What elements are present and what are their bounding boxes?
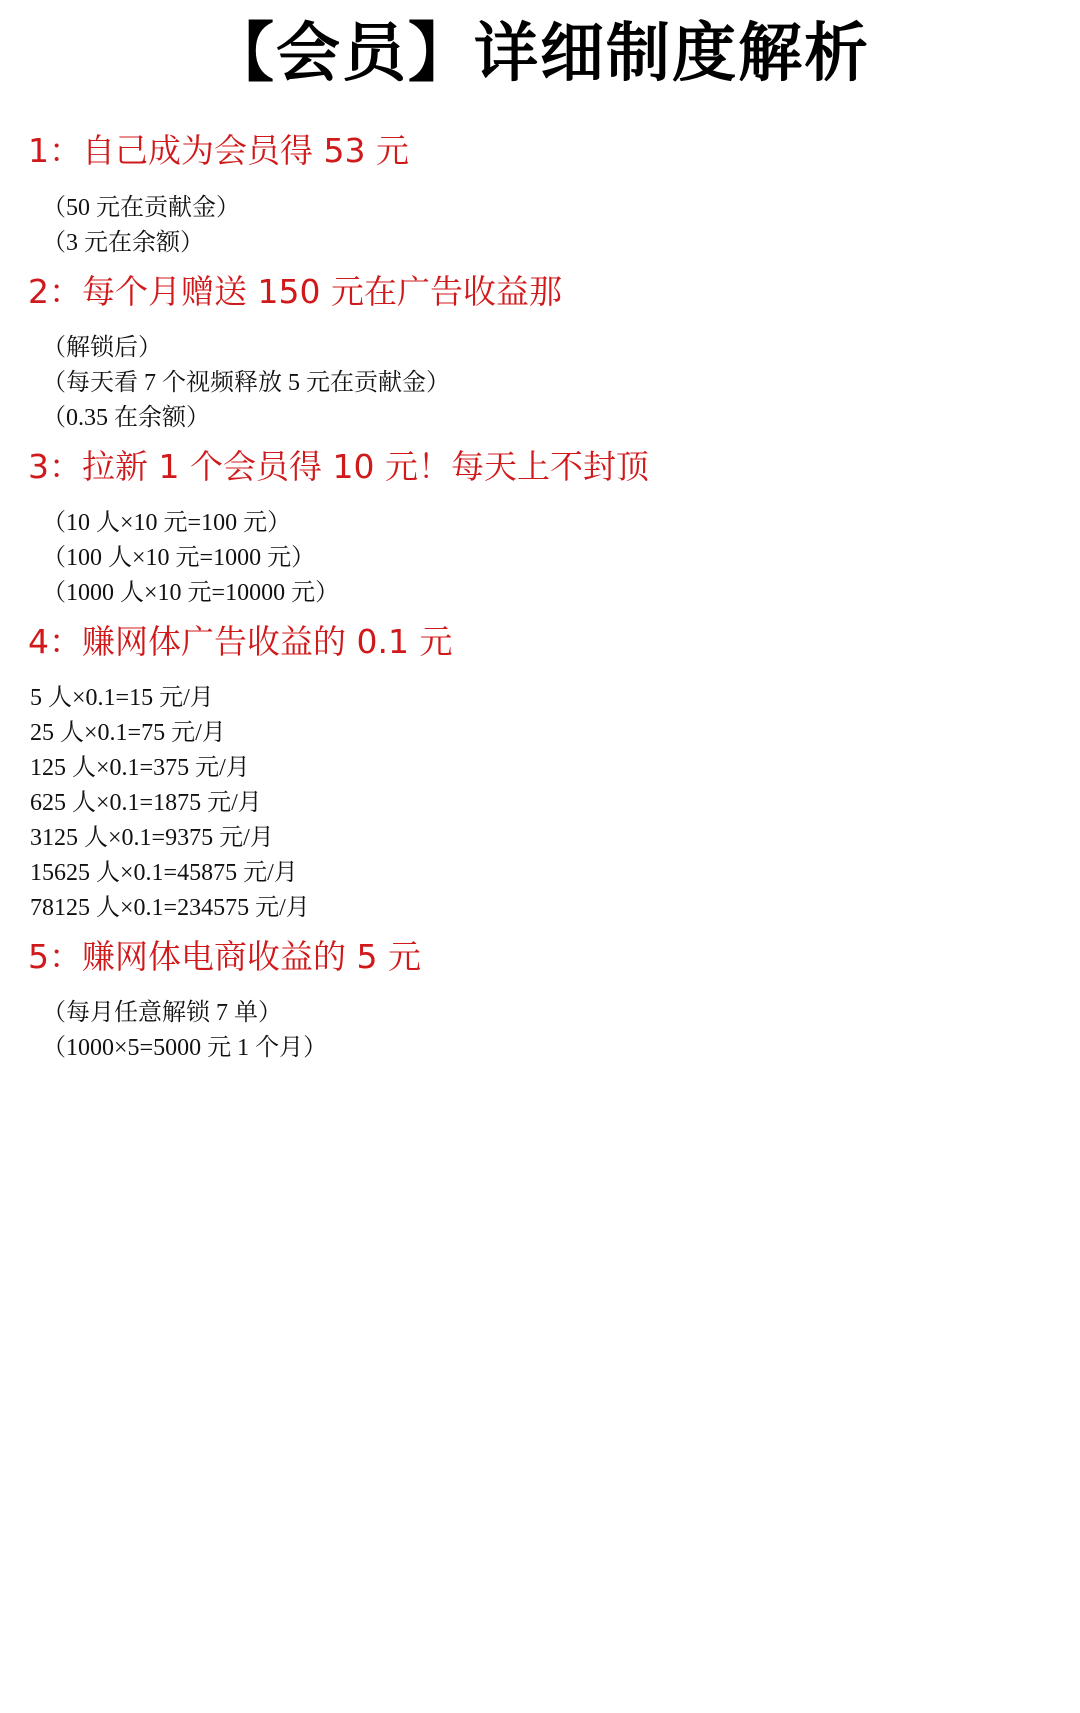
section-line: 5 人×0.1=15 元/月 <box>30 682 214 714</box>
section-line: （10 人×10 元=100 元） <box>42 507 291 539</box>
section-line: 25 人×0.1=75 元/月 <box>30 717 226 749</box>
section-heading: 4：赚网体广告收益的 0.1 元 <box>28 622 452 662</box>
section-heading: 3：拉新 1 个会员得 10 元！每天上不封顶 <box>28 447 649 487</box>
page-title: 【会员】详细制度解析 <box>0 14 1080 94</box>
section-line: （3 元在余额） <box>42 227 204 259</box>
section-line: （0.35 在余额） <box>42 402 210 434</box>
section-line: 125 人×0.1=375 元/月 <box>30 752 250 784</box>
section-line: （1000 人×10 元=10000 元） <box>42 577 339 609</box>
section-line: 3125 人×0.1=9375 元/月 <box>30 822 274 854</box>
section-heading: 1：自己成为会员得 53 元 <box>28 131 409 171</box>
section-line: （1000×5=5000 元 1 个月） <box>42 1032 327 1064</box>
section-line: 625 人×0.1=1875 元/月 <box>30 787 262 819</box>
section-line: 78125 人×0.1=234575 元/月 <box>30 892 310 924</box>
section-heading: 5：赚网体电商收益的 5 元 <box>28 937 421 977</box>
section-line: （解锁后） <box>42 332 162 364</box>
section-line: （50 元在贡献金） <box>42 192 240 224</box>
section-line: （每天看 7 个视频释放 5 元在贡献金） <box>42 367 450 399</box>
section-heading: 2：每个月赠送 150 元在广告收益那 <box>28 272 562 312</box>
section-line: 15625 人×0.1=45875 元/月 <box>30 857 298 889</box>
section-line: （每月任意解锁 7 单） <box>42 997 282 1029</box>
section-line: （100 人×10 元=1000 元） <box>42 542 315 574</box>
